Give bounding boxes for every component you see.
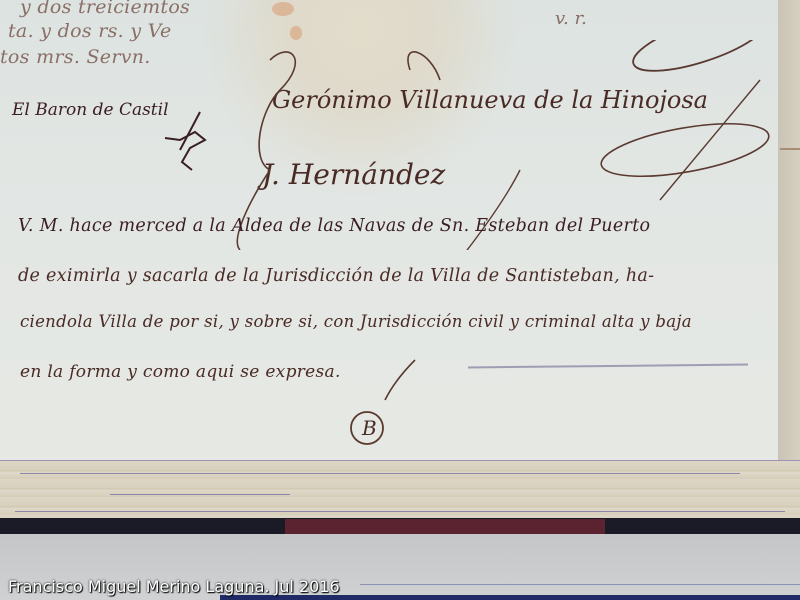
rubric-mark: B — [362, 416, 377, 440]
body-line-2: de eximirla y sacarla de la Jurisdicción… — [18, 266, 654, 286]
manuscript-page: y dos treiciemtos ta. y dos rs. y Ve tos… — [0, 0, 785, 470]
body-line-3: ciendola Villa de por si, y sobre si, co… — [20, 312, 692, 331]
body-line-4: en la forma y como aqui se expresa. — [20, 362, 341, 382]
folded-page-edges — [0, 460, 800, 521]
fragment-line-1: y dos treiciemtos — [20, 0, 190, 18]
page-edge-line — [15, 511, 785, 512]
body-line-1: V. M. hace merced a la Aldea de las Nava… — [18, 216, 650, 236]
side-rubric-icon — [160, 110, 220, 180]
page-edge-line — [20, 473, 740, 474]
fragment-line-3: tos mrs. Servn. — [0, 46, 151, 68]
top-marks: v. r. — [555, 8, 587, 29]
fragment-line-2: ta. y dos rs. y Ve — [8, 20, 172, 42]
page-edge-line — [110, 494, 290, 495]
page-edge-mark — [780, 148, 800, 150]
rubric-icon — [345, 355, 435, 450]
document-photo: y dos treiciemtos ta. y dos rs. y Ve tos… — [0, 0, 800, 600]
paper-stain — [272, 2, 294, 16]
side-signature: El Baron de Castil — [12, 100, 169, 120]
closing-rule — [468, 364, 748, 369]
photo-credit-watermark: Francisco Miguel Merino Laguna. Jul 2016 — [8, 577, 340, 596]
binding-red-strip — [285, 519, 605, 535]
paper-stain — [290, 26, 302, 40]
page-edge — [778, 0, 800, 470]
table-line — [360, 584, 800, 585]
